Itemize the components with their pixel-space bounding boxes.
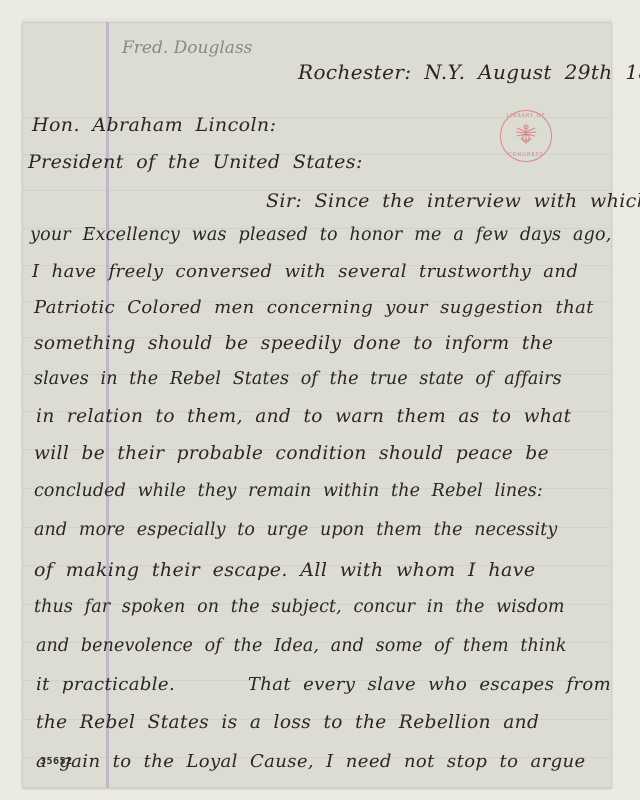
addressee-title-line: President of the United States:	[28, 151, 363, 173]
body-line-4: Patriotic Colored men concerning your su…	[34, 297, 594, 318]
body-line-13: and benevolence of the Idea, and some of…	[36, 636, 567, 656]
body-line-14: it practicable. That every slave who esc…	[36, 674, 611, 695]
eagle-seal-icon	[514, 122, 538, 148]
body-line-3: I have freely conversed with several tru…	[32, 261, 578, 282]
dateline: Rochester: N.Y. August 29th 1864	[298, 60, 640, 84]
body-line-10: and more especially to urge upon them th…	[34, 520, 557, 540]
pencil-annotation: Fred. Douglass	[122, 38, 252, 58]
body-line-12: thus far spoken on the subject, concur i…	[34, 597, 565, 617]
body-line-7: in relation to them, and to warn them as…	[36, 406, 571, 427]
body-line-2: your Excellency was pleased to honor me …	[30, 225, 612, 245]
library-stamp: LIBRARY OF CONGRESS	[500, 110, 552, 162]
body-line-9: concluded while they remain within the R…	[34, 481, 543, 501]
stamp-bottom-text: CONGRESS	[501, 152, 551, 158]
body-line-6: slaves in the Rebel States of the true s…	[34, 369, 562, 389]
body-line-15: the Rebel States is a loss to the Rebell…	[36, 712, 539, 733]
addressee-line: Hon. Abraham Lincoln:	[32, 114, 276, 136]
body-line-11: of making their escape. All with whom I …	[34, 559, 536, 581]
letter-page: Fred. Douglass Rochester: N.Y. August 29…	[22, 22, 612, 788]
body-line-8: will be their probable condition should …	[34, 443, 549, 464]
body-line-5: something should be speedily done to inf…	[34, 333, 553, 354]
body-line-16: a gain to the Loyal Cause, I need not st…	[36, 751, 586, 772]
stamp-top-text: LIBRARY OF	[501, 113, 551, 119]
body-line-1: Sir: Since the interview with which	[266, 190, 640, 212]
catalog-number: 35652	[40, 756, 73, 767]
